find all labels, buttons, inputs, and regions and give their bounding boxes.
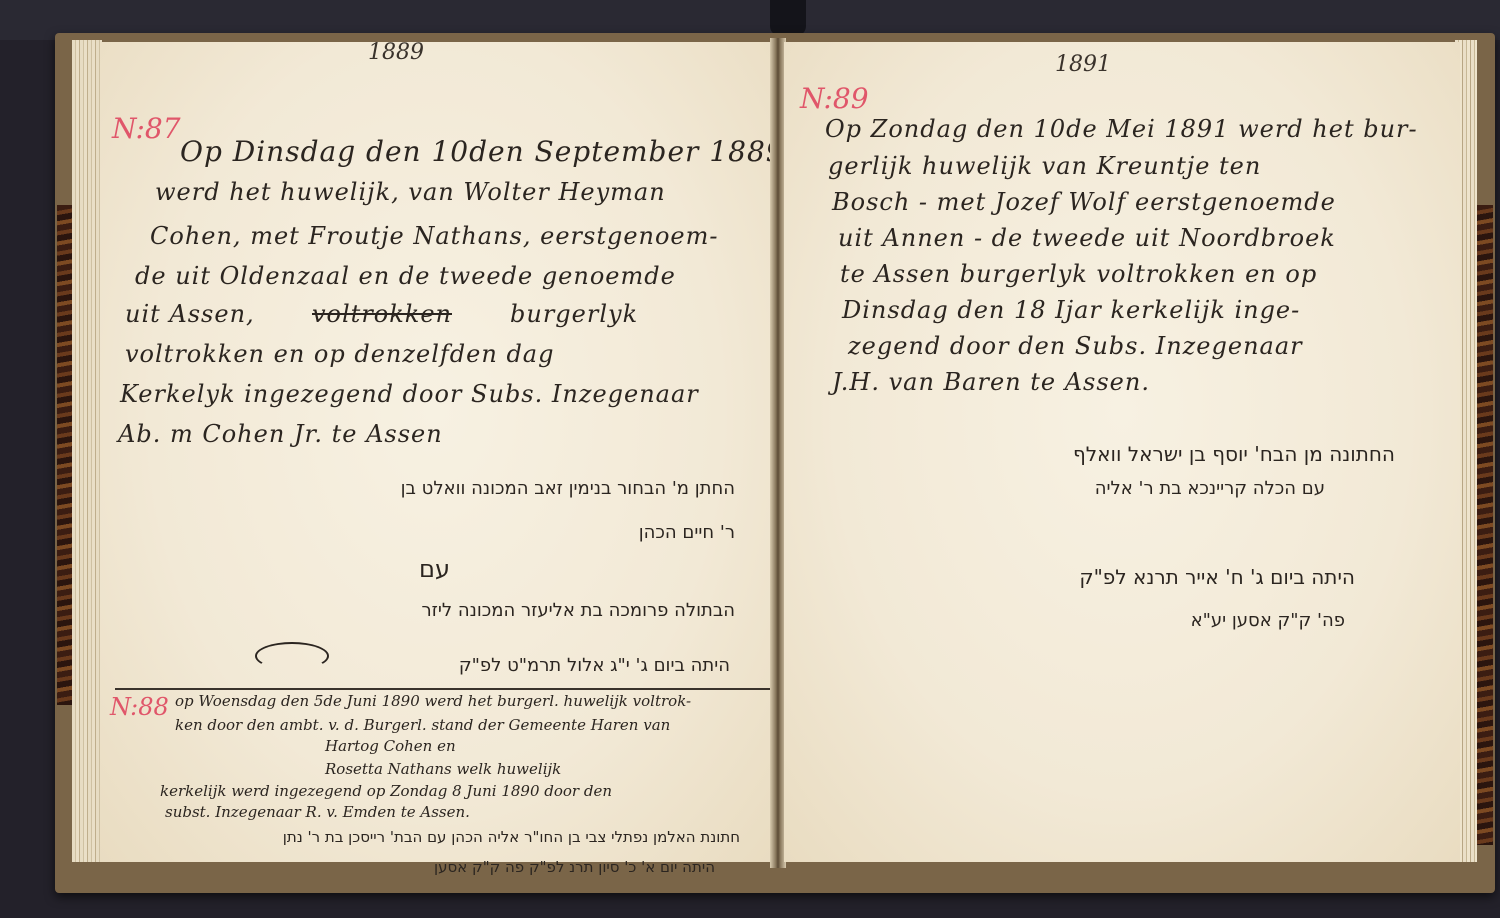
entry-number-88: N:88 [110, 693, 169, 721]
entry-88-line-2: ken door den ambt. v. d. Burgerl. stand … [175, 716, 670, 734]
flourish-mark [255, 642, 329, 670]
entry-89-line-1: Op Zondag den 10de Mei 1891 werd het bur… [825, 115, 1418, 143]
display-clip [770, 0, 806, 36]
entry-89-hebrew-2: עם הכלה קריינכא בת ר' אליה [1095, 478, 1325, 499]
entry-89-hebrew-1: החתונה מן הבח' יוסף בן ישראל וואלף [1073, 442, 1395, 466]
cover-leather-left [57, 205, 73, 705]
left-page-year: 1889 [368, 40, 424, 65]
entry-number-89: N:89 [800, 82, 869, 115]
entry-89-line-5: te Assen burgerlyk voltrokken en op [840, 260, 1317, 288]
entry-88-line-5: kerkelijk werd ingezegend op Zondag 8 Ju… [160, 782, 612, 800]
entry-87-struck-word: voltrokken [312, 300, 452, 328]
entry-88-line-6: subst. Inzegenaar R. v. Emden te Assen. [165, 803, 470, 821]
entry-87-line-1: Op Dinsdag den 10den September 1889 [180, 135, 785, 168]
entry-89-line-3: Bosch - met Jozef Wolf eerstgenoemde [832, 188, 1336, 216]
entry-87-hebrew-3: עם [419, 555, 450, 583]
entry-88-hebrew-2: היתה יום א' כ' סיון תרנ לפ"ק פה ק"ק אסען [434, 858, 715, 876]
entry-87-line-8: Ab. m Cohen Jr. te Assen [118, 420, 443, 448]
entry-87-hebrew-1: החתן מ' הבחור בנימין זאב המכונה וואלט בן [401, 478, 735, 499]
entry-88-line-4: Rosetta Nathans welk huwelijk [325, 760, 561, 778]
entry-89-hebrew-4: פה' ק"ק אסען יע"א [1191, 610, 1345, 631]
entry-87-line-6: voltrokken en op denzelfden dag [125, 340, 554, 368]
entry-89-line-2: gerlijk huwelijk van Kreuntje ten [828, 152, 1261, 180]
entry-87-hebrew-4: הבתולה פרומכה בת אליעזר המכונה ליזר [421, 600, 735, 621]
entry-number-87: N:87 [112, 112, 181, 145]
entry-88-hebrew-1: חתונת האלמן נפתלי צבי בן החו"ר אליה הכהן… [283, 828, 740, 846]
entry-88-line-1: op Woensdag den 5de Juni 1890 werd het b… [175, 692, 691, 710]
cover-leather-right [1475, 205, 1493, 845]
entry-87-line-3: Cohen, met Froutje Nathans, eerstgenoem- [150, 222, 719, 250]
entry-87-line-4: de uit Oldenzaal en de tweede genoemde [135, 262, 676, 290]
entry-89-hebrew-3: היתה ביום ג' ח' אייר תרנא לפ"ק [1079, 565, 1355, 589]
entry-89-line-4: uit Annen - de tweede uit Noordbroek [838, 224, 1336, 252]
entry-87-hebrew-2: ר' חיים הכהן [639, 522, 735, 543]
page-edges-left [72, 40, 102, 862]
entry-divider [115, 688, 775, 690]
entry-87-line-5a: uit Assen, [125, 300, 255, 328]
entry-87-line-2: werd het huwelijk, van Wolter Heyman [155, 178, 666, 206]
entry-87-hebrew-5: היתה ביום ג' י"ג אלול תרמ"ט לפ"ק [459, 655, 730, 676]
entry-87-line-5b: burgerlyk [510, 300, 638, 328]
entry-89-line-6: Dinsdag den 18 Ijar kerkelijk inge- [842, 296, 1300, 324]
entry-89-line-7: zegend door den Subs. Inzegenaar [848, 332, 1303, 360]
entry-87-line-7: Kerkelyk ingezegend door Subs. Inzegenaa… [120, 380, 699, 408]
entry-88-line-3: Hartog Cohen en [325, 737, 456, 755]
right-page-year: 1891 [1055, 52, 1111, 77]
entry-89-line-8: J.H. van Baren te Assen. [832, 368, 1150, 396]
